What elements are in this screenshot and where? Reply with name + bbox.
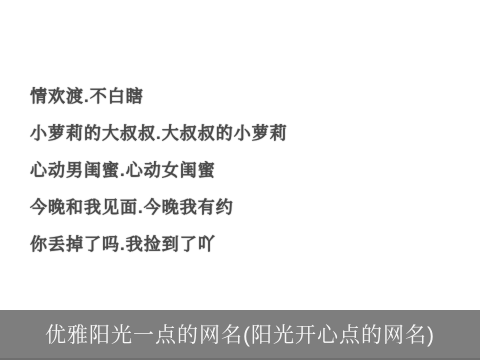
net-name-item: 今晚和我见面.今晚我有约	[30, 197, 460, 234]
caption-bar: 优雅阳光一点的网名(阳光开心点的网名)	[0, 310, 480, 360]
net-name-item: 你丢掉了吗.我捡到了吖	[30, 234, 460, 271]
image-page: 情欢渡.不白瞎 小萝莉的大叔叔.大叔叔的小萝莉 心动男闺蜜.心动女闺蜜 今晚和我…	[0, 0, 480, 360]
net-name-item: 情欢渡.不白瞎	[30, 86, 460, 123]
caption-title: 优雅阳光一点的网名(阳光开心点的网名)	[45, 319, 435, 349]
net-name-list: 情欢渡.不白瞎 小萝莉的大叔叔.大叔叔的小萝莉 心动男闺蜜.心动女闺蜜 今晚和我…	[30, 86, 460, 271]
net-name-item: 心动男闺蜜.心动女闺蜜	[30, 160, 460, 197]
net-name-item: 小萝莉的大叔叔.大叔叔的小萝莉	[30, 123, 460, 160]
